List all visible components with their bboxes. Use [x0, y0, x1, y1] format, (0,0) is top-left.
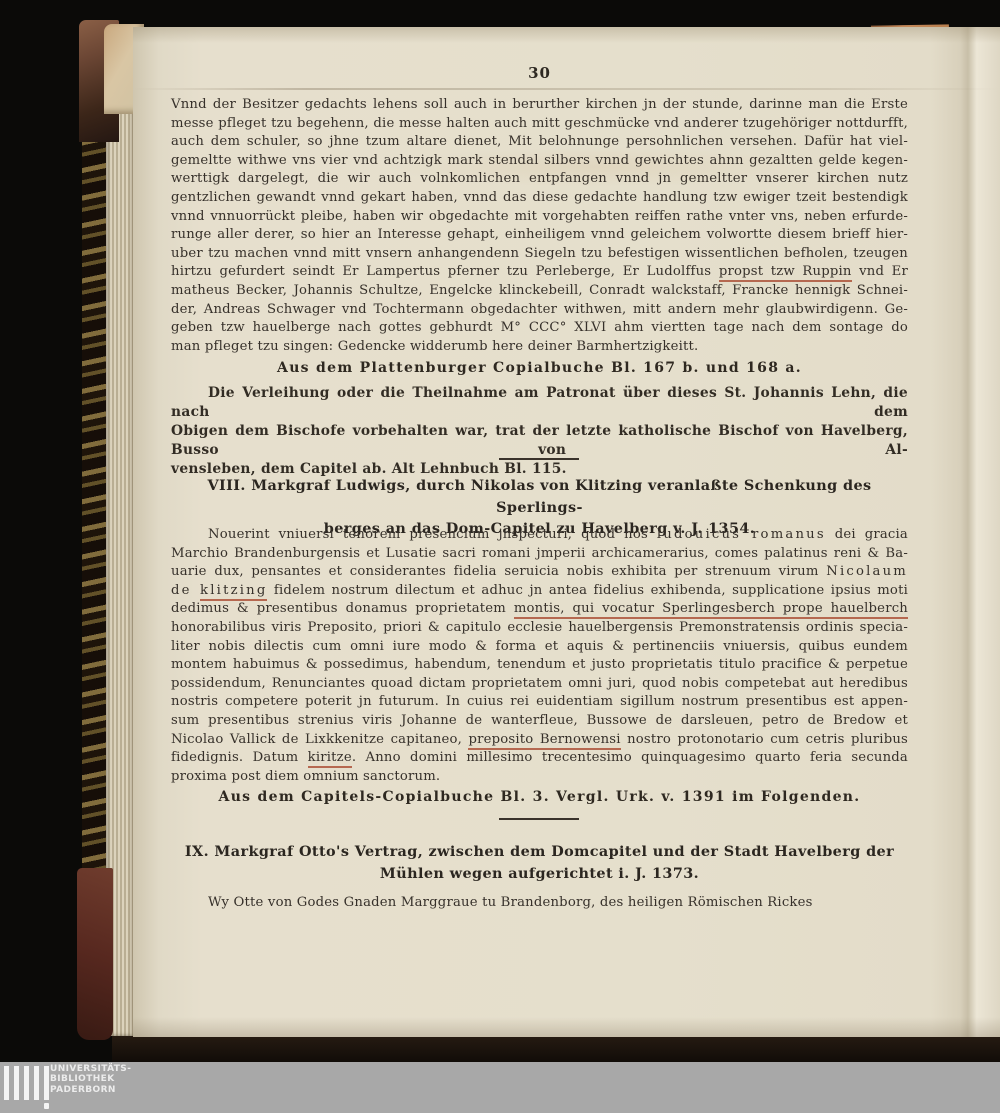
source-citation-1: Aus dem Plattenburger Copialbuche Bl. 16…	[171, 360, 908, 376]
heading-line: Mühlen wegen aufgerichtet i. J. 1373.	[171, 863, 908, 885]
section-ix-heading: IX. Markgraf Otto's Vertrag, zwischen de…	[171, 841, 908, 884]
text-line: messe pfleget tzu begehenn, die messe ha…	[171, 115, 908, 134]
text-line: Nicolao Vallick de Lixkkenitze capitaneo…	[171, 731, 908, 750]
heading-line: IX. Markgraf Otto's Vertrag, zwischen de…	[171, 841, 908, 863]
text-line: honorabilibus viris Preposito, priori & …	[171, 619, 908, 638]
logo-text-line3: PADERBORN	[50, 1085, 131, 1095]
text-line: dedimus & presentibus donamus proprietat…	[171, 600, 908, 619]
text-line: Wy Otte von Godes Gnaden Marggraue tu Br…	[171, 894, 908, 913]
logo-text-line2: BIBLIOTHEK	[50, 1074, 131, 1084]
paragraph-vii-continuation: Vnnd der Besitzer gedachts lehens soll a…	[171, 96, 908, 356]
text-line: matheus Becker, Johannis Schultze, Engel…	[171, 282, 908, 301]
text-line: auch dem schuler, so jhne tzum altare di…	[171, 133, 908, 152]
text-line: montem habuimus & possedimus, habendum, …	[171, 656, 908, 675]
text-line: runge aller derer, so hier an Interesse …	[171, 226, 908, 245]
divider-rule-1	[499, 458, 579, 460]
leather-corner-bottom-left	[77, 868, 113, 1040]
scanned-book-photo: 30 Vnnd der Besitzer gedachts lehens sol…	[0, 0, 1000, 1113]
text-line: uarie dux, pensantes et considerantes fi…	[171, 563, 908, 582]
text-line: werttigk dargelegt, die wir auch volnkom…	[171, 170, 908, 189]
paper-crease	[133, 88, 1000, 90]
logo-text: UNIVERSITÄTS- BIBLIOTHEK PADERBORN	[50, 1064, 131, 1095]
heading-line: VIII. Markgraf Ludwigs, durch Nikolas vo…	[171, 475, 908, 518]
text-line: possidendum, Renunciantes quoad dictam p…	[171, 675, 908, 694]
divider-rule-2	[499, 818, 579, 820]
text-line: der, Andreas Schwager vnd Tochtermann ob…	[171, 301, 908, 320]
text-line: de klitzing fidelem nostrum dilectum et …	[171, 582, 908, 601]
text-line: gemeltte withwe vns vier vnd achtzigk ma…	[171, 152, 908, 171]
text-line: Nouerint vniuersi tenorem presencium jns…	[171, 526, 908, 545]
text-line: uber tzu machen vnnd mitt vnsern anhange…	[171, 245, 908, 264]
text-line: sum presentibus strenius viris Johanne d…	[171, 712, 908, 731]
cover-bottom-edge	[112, 1036, 1000, 1062]
text-line: gentzlichen gewandt vnnd gekart haben, v…	[171, 189, 908, 208]
text-line: Obigen dem Bischofe vorbehalten war, tra…	[171, 422, 908, 460]
book-page: 30 Vnnd der Besitzer gedachts lehens sol…	[133, 27, 1000, 1037]
text-line: man pfleget tzu singen: Gedencke widderu…	[171, 338, 908, 357]
editor-note: Die Verleihung oder die Theilnahme am Pa…	[171, 384, 908, 479]
text-line: vnnd vnnuorrückt pleibe, haben wir obged…	[171, 208, 908, 227]
text-line: hirtzu gefurdert seindt Er Lampertus pfe…	[171, 263, 908, 282]
source-citation-2: Aus dem Capitels-Copialbuche Bl. 3. Verg…	[171, 789, 908, 805]
text-line: liter nobis dilectis cum omni iure modo …	[171, 638, 908, 657]
text-line: Marchio Brandenburgensis et Lusatie sacr…	[171, 545, 908, 564]
text-line: Die Verleihung oder die Theilnahme am Pa…	[171, 384, 908, 422]
footer-bar: UNIVERSITÄTS- BIBLIOTHEK PADERBORN	[0, 1062, 1000, 1113]
logo-text-line1: UNIVERSITÄTS-	[50, 1064, 131, 1074]
page-number: 30	[171, 64, 908, 82]
logo-dot	[44, 1103, 49, 1109]
text-line: geben tzw hauelberge nach gottes gebhurd…	[171, 319, 908, 338]
latin-charter-paragraph: Nouerint vniuersi tenorem presencium jns…	[171, 526, 908, 786]
text-line: Vnnd der Besitzer gedachts lehens soll a…	[171, 96, 908, 115]
text-line: proxima post diem omnium sanctorum.	[171, 768, 908, 787]
paragraph-ix-opening: Wy Otte von Godes Gnaden Marggraue tu Br…	[171, 894, 908, 913]
text-line: fidedignis. Datum kiritze. Anno domini m…	[171, 749, 908, 768]
text-line: nostris competere poterit jn futurum. In…	[171, 693, 908, 712]
